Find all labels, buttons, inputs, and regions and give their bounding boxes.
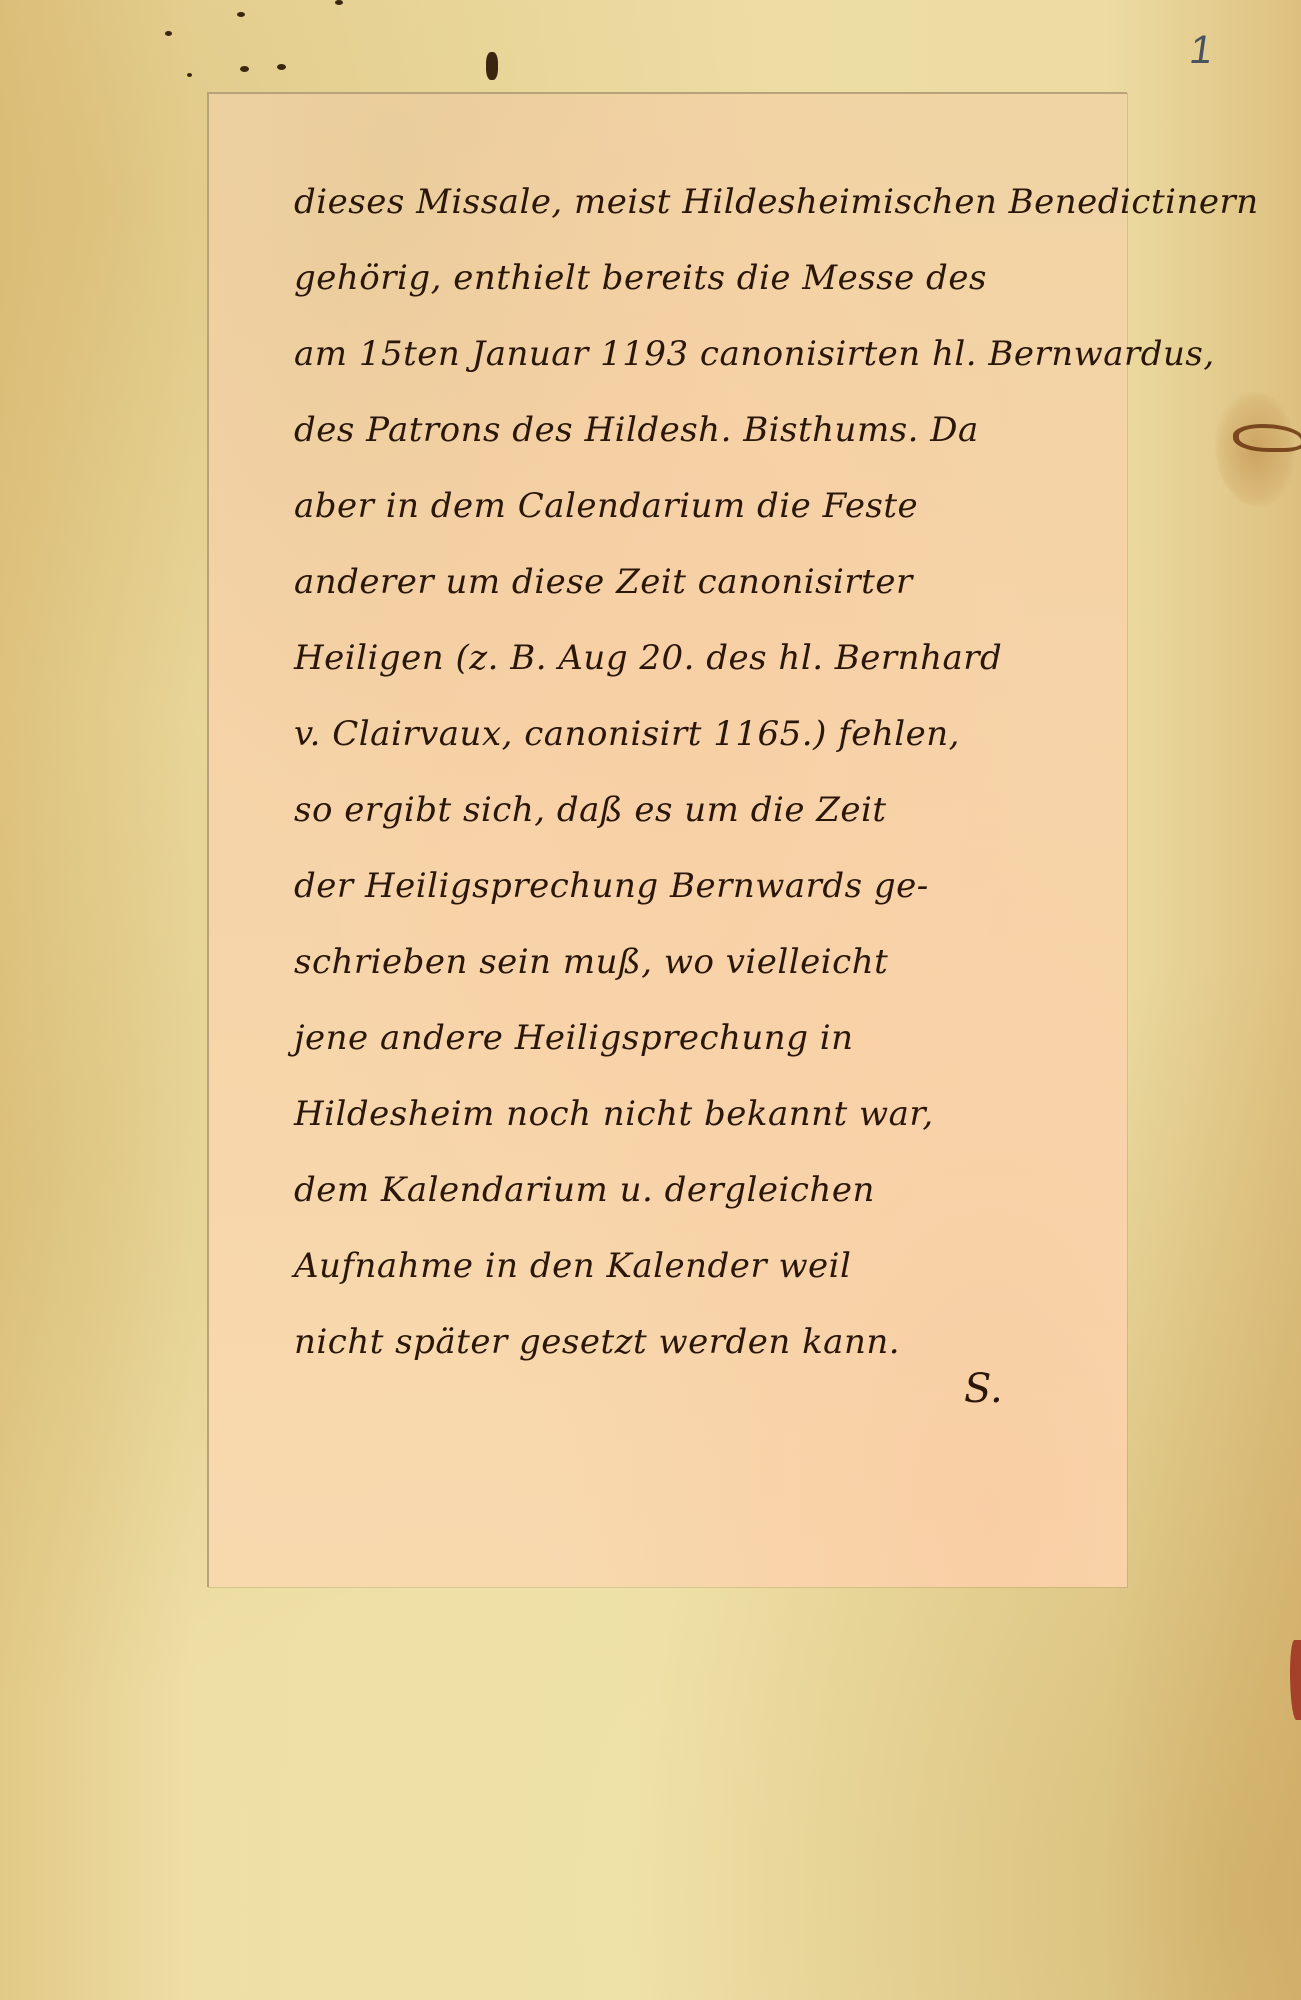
text-line: so ergibt sich, daß es um die Zeit xyxy=(294,772,1094,848)
ink-speck xyxy=(240,66,249,72)
red-stain xyxy=(1290,1640,1301,1720)
ink-speck xyxy=(335,0,343,5)
signature-initial: S. xyxy=(964,1366,1003,1412)
page-number: 1 xyxy=(1187,28,1216,73)
text-line: jene andere Heiligsprechung in xyxy=(294,1000,1094,1076)
text-line: der Heiligsprechung Bernwards ge- xyxy=(294,848,1094,924)
text-line: v. Clairvaux, canonisirt 1165.) fehlen, xyxy=(294,696,1094,772)
ink-speck xyxy=(277,64,286,70)
ink-speck xyxy=(187,73,192,77)
ink-speck xyxy=(165,31,172,36)
text-line: anderer um diese Zeit canonisirter xyxy=(294,544,1094,620)
handwritten-text: dieses Missale, meist Hildesheimischen B… xyxy=(294,164,1094,1380)
text-line: Heiligen (z. B. Aug 20. des hl. Bernhard xyxy=(294,620,1094,696)
text-line: dem Kalendarium u. dergleichen xyxy=(294,1152,1094,1228)
ink-speck xyxy=(237,12,245,17)
text-line: Aufnahme in den Kalender weil xyxy=(294,1228,1094,1304)
mounting-sheet: 1 dieses Missale, meist Hildesheimischen… xyxy=(0,0,1301,2000)
text-line: am 15ten Januar 1193 canonisirten hl. Be… xyxy=(294,316,1094,392)
text-line: des Patrons des Hildesh. Bisthums. Da xyxy=(294,392,1094,468)
text-line: gehörig, enthielt bereits die Messe des xyxy=(294,240,1094,316)
text-line: aber in dem Calendarium die Feste xyxy=(294,468,1094,544)
ink-mark xyxy=(486,52,498,80)
manuscript-leaf: dieses Missale, meist Hildesheimischen B… xyxy=(207,92,1127,1587)
text-line: schrieben sein muß, wo vielleicht xyxy=(294,924,1094,1000)
text-line: dieses Missale, meist Hildesheimischen B… xyxy=(294,164,1094,240)
text-line: Hildesheim noch nicht bekannt war, xyxy=(294,1076,1094,1152)
water-stain xyxy=(1215,392,1295,507)
